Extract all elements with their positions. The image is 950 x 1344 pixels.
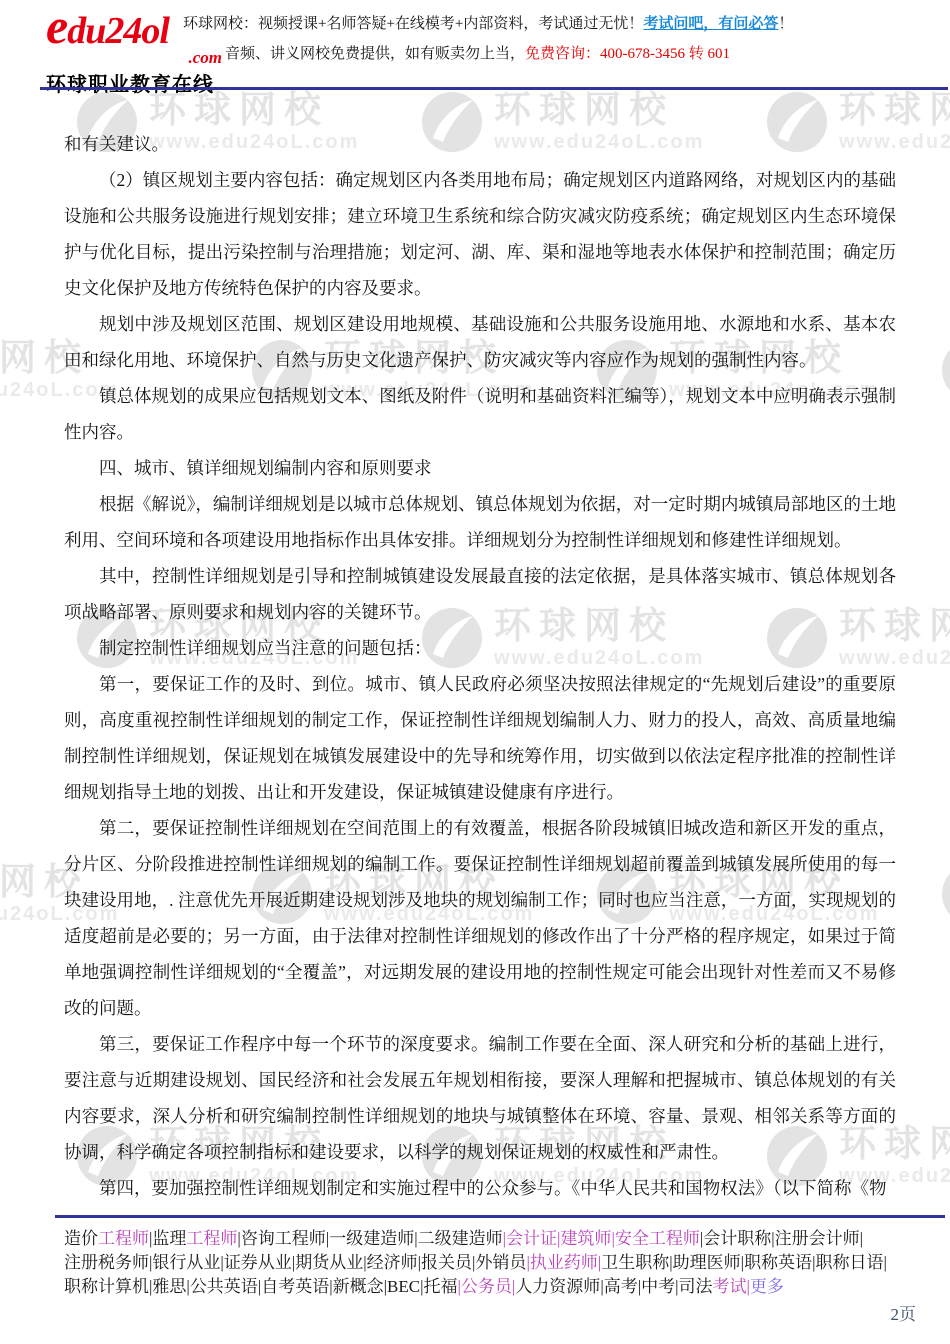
- footer-link[interactable]: 一级建造师: [329, 1229, 414, 1248]
- footer-link[interactable]: 公共英语: [190, 1277, 258, 1296]
- promo-line2-text: 音频、讲义网校免费提供，如有贩卖勿上当，: [225, 46, 525, 62]
- paragraph: 其中，控制性详细规划是引导和控制城镇建设发展最直接的法定依据，是具体落实城市、镇…: [64, 558, 896, 630]
- paragraph: 第一，要保证工作的及时、到位。城市、镇人民政府必须坚决按照法律规定的“先规划后建…: [64, 666, 896, 810]
- footer-link[interactable]: 期货从业: [295, 1253, 363, 1272]
- paragraph: 第二，要保证控制性详细规划在空间范围上的有效覆盖，根据各阶段城镇旧城改造和新区开…: [64, 810, 896, 1026]
- footer-link[interactable]: 雅思: [152, 1277, 186, 1296]
- footer-link[interactable]: 咨询工程师: [241, 1229, 326, 1248]
- footer-link[interactable]: 公务员: [461, 1277, 512, 1296]
- promo-line1-text: 环球网校：视频授课+名师答疑+在线模考+内部资料，考试通过无忧！: [183, 16, 643, 32]
- paragraph: （2）镇区规划主要内容包括：确定规划区内各类用地布局；确定规划区内道路网络，对规…: [64, 162, 896, 306]
- footer-separator: |: [883, 1253, 886, 1272]
- paragraph: 第三，要保证工作程序中每一个环节的深度要求。编制工作要在全面、深人研究和分析的基…: [64, 1026, 896, 1170]
- watermark-title: 环球网校: [149, 91, 359, 131]
- footer-link[interactable]: 外销员: [475, 1253, 526, 1272]
- footer-link[interactable]: 会计职称: [703, 1229, 771, 1248]
- footer-link[interactable]: 新概念: [333, 1277, 384, 1296]
- header-promo-line2: 音频、讲义网校免费提供，如有贩卖勿上当，免费咨询：400-678-3456 转 …: [183, 44, 793, 64]
- footer-link[interactable]: 经济师: [367, 1253, 418, 1272]
- footer-link[interactable]: 安全工程师: [615, 1229, 700, 1248]
- footer-link[interactable]: 职称英语: [744, 1253, 812, 1272]
- footer-link[interactable]: 执业药师: [530, 1253, 598, 1272]
- footer-link[interactable]: 助理医师: [673, 1253, 741, 1272]
- watermark: 环球网校www.edu24oL.com: [940, 862, 950, 926]
- footer-link[interactable]: 银行从业: [152, 1253, 220, 1272]
- paragraph: 四、城市、镇详细规划编制内容和原则要求: [64, 450, 896, 486]
- footer-link[interactable]: 考试: [713, 1277, 747, 1296]
- footer-link[interactable]: 职称计算机: [64, 1277, 149, 1296]
- page: 环球网校www.edu24oL.com环球网校www.edu24oL.com环球…: [0, 0, 950, 1344]
- footer-link[interactable]: 工程师: [186, 1229, 237, 1248]
- footer-link[interactable]: 造价: [64, 1229, 98, 1248]
- footer-link[interactable]: 人力资源师: [515, 1277, 600, 1296]
- header-divider: [40, 87, 948, 90]
- footer-link[interactable]: 注册会计师: [775, 1229, 860, 1248]
- watermark: 环球网校www.edu24oL.com: [940, 338, 950, 402]
- header-promo-line1: 环球网校：视频授课+名师答疑+在线模考+内部资料，考试通过无忧！考试问吧，有问必…: [183, 14, 793, 34]
- footer-link[interactable]: 报关员: [421, 1253, 472, 1272]
- paragraph: 镇总体规划的成果应包括规划文本、图纸及附件（说明和基础资料汇编等），规划文本中应…: [64, 378, 896, 450]
- exam-qa-link[interactable]: 考试问吧，有问必答: [643, 16, 778, 32]
- footer-link[interactable]: 二级建造师: [418, 1229, 503, 1248]
- footer-link[interactable]: 更多: [750, 1277, 784, 1296]
- paragraph: 第四，要加强控制性详细规划制定和实施过程中的公众参与。《中华人民共和国物权法》（…: [64, 1170, 896, 1206]
- paragraph: 制定控制性详细规划应当注意的问题包括：: [64, 630, 896, 666]
- footer-separator: |: [860, 1229, 863, 1248]
- footer-link[interactable]: 工程师: [98, 1229, 149, 1248]
- footer-link[interactable]: 监理: [152, 1229, 186, 1248]
- watermark-title: 环球网校: [494, 91, 704, 131]
- footer-link[interactable]: BEC: [387, 1277, 420, 1296]
- footer-link[interactable]: 托福: [424, 1277, 458, 1296]
- watermark-logo-icon: [940, 862, 950, 926]
- footer-link[interactable]: 高考: [604, 1277, 638, 1296]
- promo-line1-suffix: ！: [778, 16, 793, 32]
- footer-link[interactable]: 建筑师: [560, 1229, 611, 1248]
- footer-divider: [55, 1215, 945, 1218]
- footer-link[interactable]: 卫生职称: [601, 1253, 669, 1272]
- brand-tagline: 环球职业教育在线: [46, 68, 226, 97]
- paragraph: 根据《解说》，编制详细规划是以城市总体规划、镇总体规划为依据，对一定时期内城镇局…: [64, 486, 896, 558]
- document-body: 和有关建议。（2）镇区规划主要内容包括：确定规划区内各类用地布局；确定规划区内道…: [64, 126, 896, 1206]
- header-promo: 环球网校：视频授课+名师答疑+在线模考+内部资料，考试通过无忧！考试问吧，有问必…: [183, 14, 793, 64]
- watermark-title: 环球网校: [839, 91, 950, 131]
- footer-links: 造价工程师|监理工程师|咨询工程师|一级建造师|二级建造师|会计证|建筑师|安全…: [64, 1227, 892, 1299]
- footer-link[interactable]: 职称日语: [815, 1253, 883, 1272]
- footer-link[interactable]: 司法: [679, 1277, 713, 1296]
- footer-link[interactable]: 自考英语: [261, 1277, 329, 1296]
- hotline-text: 免费咨询：400-678-3456 转 601: [525, 46, 730, 62]
- footer-link[interactable]: 会计证: [506, 1229, 557, 1248]
- footer-link[interactable]: 证券从业: [224, 1253, 292, 1272]
- paragraph: 和有关建议。: [64, 126, 896, 162]
- page-number: 2页: [891, 1300, 917, 1325]
- paragraph: 规划中涉及规划区范围、规划区建设用地规模、基础设施和公共服务设施用地、水源地和水…: [64, 306, 896, 378]
- footer-link[interactable]: 中考: [641, 1277, 675, 1296]
- footer-link[interactable]: 注册税务师: [64, 1253, 149, 1272]
- watermark-logo-icon: [940, 338, 950, 402]
